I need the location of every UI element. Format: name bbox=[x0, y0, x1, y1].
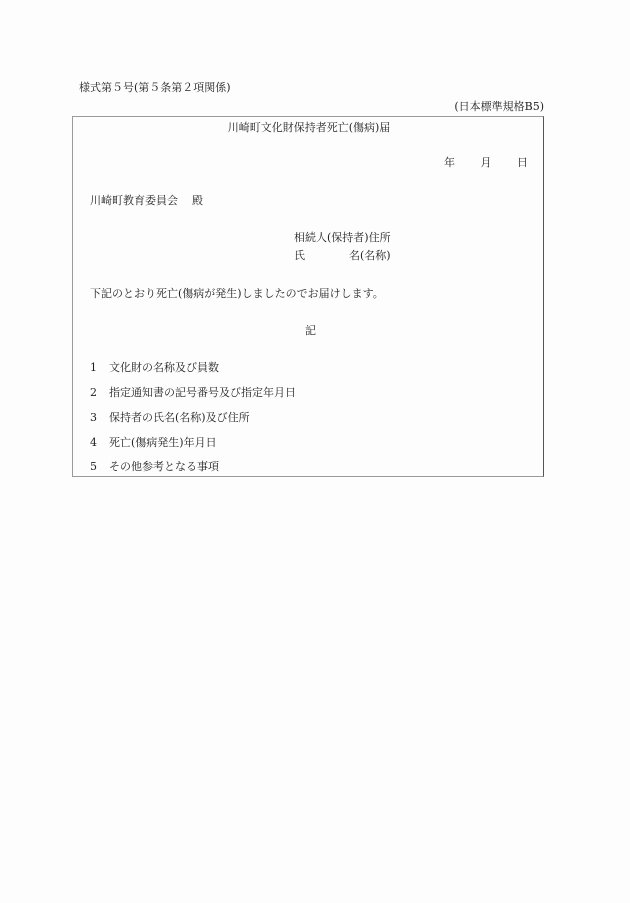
date-line: 年 月 日 bbox=[444, 156, 528, 170]
item-number: 4 bbox=[90, 436, 109, 450]
item-text: その他参考となる事項 bbox=[109, 460, 219, 473]
item-text: 保持者の氏名(名称)及び住所 bbox=[109, 411, 250, 424]
item-text: 指定通知書の記号番号及び指定年月日 bbox=[109, 386, 296, 399]
applicant-address-label: 相続人(保持者)住所 bbox=[294, 231, 391, 245]
date-month-label: 月 bbox=[481, 156, 492, 170]
list-item: 1文化財の名称及び員数 bbox=[90, 361, 219, 375]
item-text: 文化財の名称及び員数 bbox=[109, 361, 219, 374]
addressee-honorific: 殿 bbox=[192, 194, 203, 207]
form-title: 川崎町文化財保持者死亡(傷病)届 bbox=[224, 121, 394, 135]
item-number: 1 bbox=[90, 361, 109, 375]
list-item: 3保持者の氏名(名称)及び住所 bbox=[90, 411, 250, 425]
date-year-label: 年 bbox=[444, 156, 455, 170]
addressee-name: 川崎町教育委員会 bbox=[90, 194, 178, 207]
form-box: 川崎町文化財保持者死亡(傷病)届 年 月 日 川崎町教育委員会殿 相続人(保持者… bbox=[72, 116, 544, 477]
statement-text: 下記のとおり死亡(傷病が発生)しましたのでお届けします。 bbox=[90, 287, 384, 301]
addressee: 川崎町教育委員会殿 bbox=[90, 194, 203, 208]
applicant-name-label-left: 氏 bbox=[294, 249, 305, 262]
applicant-name-label-right: 名(名称) bbox=[349, 249, 391, 262]
item-number: 5 bbox=[90, 460, 109, 474]
ki-heading: 記 bbox=[305, 324, 316, 338]
paper-size-label: (日本標準規格B5) bbox=[454, 100, 544, 114]
list-item: 4死亡(傷病発生)年月日 bbox=[90, 436, 217, 450]
date-day-label: 日 bbox=[517, 156, 528, 170]
applicant-name-label: 氏名(名称) bbox=[294, 249, 391, 263]
item-text: 死亡(傷病発生)年月日 bbox=[109, 436, 217, 449]
item-number: 2 bbox=[90, 386, 109, 400]
list-item: 5その他参考となる事項 bbox=[90, 460, 219, 474]
form-number-label: 様式第５号(第５条第２項関係) bbox=[79, 81, 231, 95]
list-item: 2指定通知書の記号番号及び指定年月日 bbox=[90, 386, 296, 400]
item-number: 3 bbox=[90, 411, 109, 425]
